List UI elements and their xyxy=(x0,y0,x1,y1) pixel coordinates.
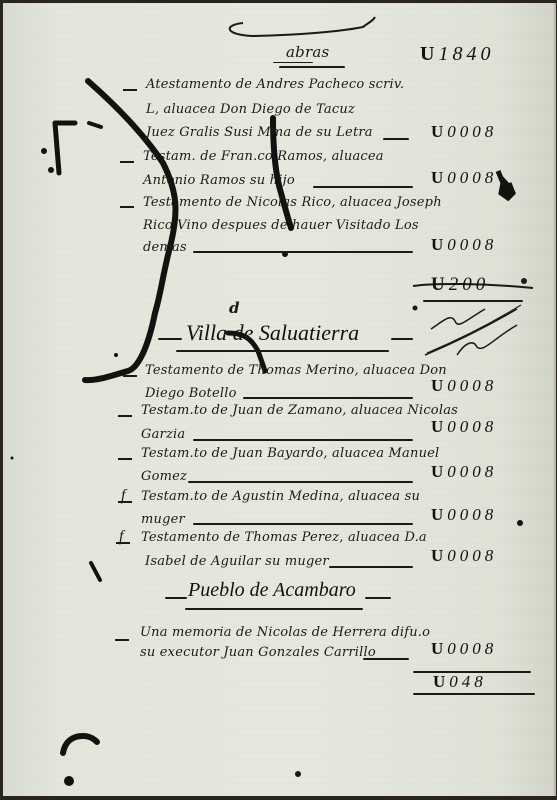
entry-dash xyxy=(123,375,137,377)
entry-3-rule xyxy=(193,251,413,253)
entry-9-line-2: su executor Juan Gonzales Carrillo xyxy=(140,645,376,660)
heading-correction-mark: d xyxy=(229,299,240,317)
entry-1-line-2: L, aluacea Don Diego de Tacuz xyxy=(146,102,355,117)
entry-dash xyxy=(118,458,132,460)
entry-7-line-1: Testam.to de Agustin Medina, aluacea su xyxy=(141,489,420,504)
entry-2-line-1: Testam. de Fran.co Ramos, aluacea xyxy=(143,149,384,164)
entry-1-line-1: Atestamento de Andres Pacheco scriv. xyxy=(146,77,404,92)
entry-3-line-1: Testamento de Nicolas Rico, aluacea Jose… xyxy=(143,195,442,210)
entry-5-rule xyxy=(193,439,413,441)
entry-9-amount: U0008 xyxy=(431,639,497,659)
heading-dash-left xyxy=(165,597,187,599)
entry-dash xyxy=(118,415,132,417)
heading-underline xyxy=(176,350,389,352)
heading-dash-right xyxy=(391,338,413,340)
entry-8-line-2: Isabel de Aguilar su muger xyxy=(145,554,329,569)
entry-8-line-1: Testamento de Thomas Perez, aluacea D.a xyxy=(141,530,427,545)
entry-dash xyxy=(118,501,132,503)
entry-dash xyxy=(123,89,137,91)
entry-3-amount: U0008 xyxy=(431,235,497,255)
entry-9-rule xyxy=(363,658,409,660)
entry-6-amount: U0008 xyxy=(431,462,497,482)
entry-3-line-2: Rico Vino despues de hauer Visitado Los xyxy=(143,218,419,233)
entry-4-rule xyxy=(243,397,413,399)
entry-dash xyxy=(115,639,129,641)
entry-2-line-2: Antonio Ramos su hijo xyxy=(143,173,295,188)
heading-dash-left xyxy=(158,338,182,340)
entry-7-amount: U0008 xyxy=(431,505,497,525)
entry-5-amount: U0008 xyxy=(431,417,497,437)
entry-9-line-1: Una memoria de Nicolas de Herrera difu.o xyxy=(140,625,430,640)
entry-1-line-3: Juez Gralis Susi Mma de su Letra xyxy=(146,125,373,140)
subtotal-underline xyxy=(423,300,523,302)
entry-7-rule xyxy=(193,523,413,525)
section-1-subtotal: U200 xyxy=(431,274,489,296)
heading-underline xyxy=(185,608,363,610)
header-underline xyxy=(279,66,345,68)
entry-dash xyxy=(120,161,134,163)
carried-total: U1840 xyxy=(420,43,494,66)
entry-1-rule xyxy=(383,138,409,140)
heading-dash-right xyxy=(365,597,391,599)
entry-8-rule xyxy=(329,566,413,568)
entry-4-line-2: Diego Botello xyxy=(145,386,237,401)
total-underline xyxy=(413,693,535,695)
entry-2-rule xyxy=(313,186,413,188)
entry-6-line-1: Testam.to de Juan Bayardo, aluacea Manue… xyxy=(141,446,439,461)
entry-7-line-2: muger xyxy=(141,512,185,527)
entry-5-line-2: Garzia xyxy=(141,427,185,442)
header-underline-left xyxy=(273,62,313,63)
section-label-abras: abras xyxy=(286,43,329,61)
final-total: U048 xyxy=(433,672,487,692)
entry-6-line-2: Gomez xyxy=(141,469,187,484)
section-heading-villa-de-saluatierra: Villa de Saluatierra xyxy=(186,320,359,346)
entry-2-amount: U0008 xyxy=(431,168,497,188)
entry-8-amount: U0008 xyxy=(431,546,497,566)
entry-dash xyxy=(116,542,130,544)
entry-4-line-1: Testamento de Thomas Merino, aluacea Don xyxy=(145,363,447,378)
entry-1-amount: U0008 xyxy=(431,122,497,142)
entry-5-line-1: Testam.to de Juan de Zamano, aluacea Nic… xyxy=(141,403,458,418)
entry-dash xyxy=(120,206,134,208)
entry-3-line-3: demas xyxy=(143,240,187,255)
currency-symbol: U xyxy=(420,43,438,65)
entry-6-rule xyxy=(188,481,413,483)
section-heading-pueblo-de-acambaro: Pueblo de Acambaro xyxy=(188,579,356,602)
entry-4-amount: U0008 xyxy=(431,376,497,396)
manuscript-page: abras U1840 Atestamento de Andres Pachec… xyxy=(3,3,556,796)
